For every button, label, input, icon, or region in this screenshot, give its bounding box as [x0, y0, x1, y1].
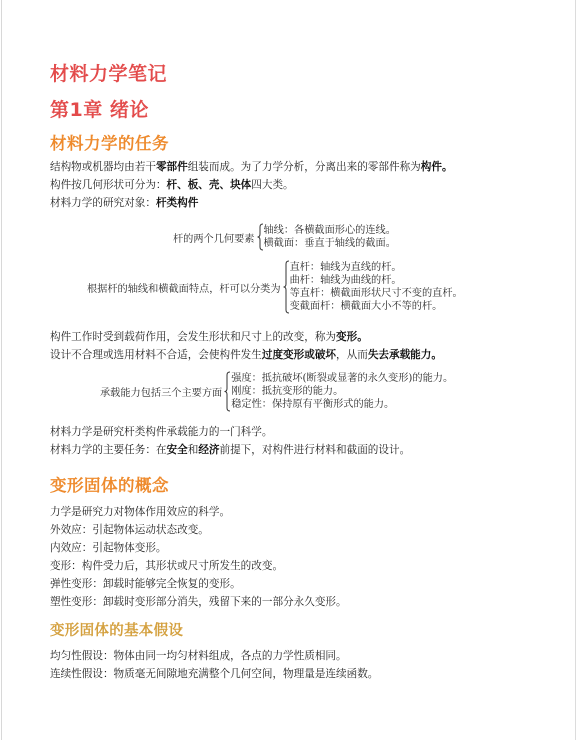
- paragraph: 材料力学是研究杆类构件承载能力的一门科学。: [50, 425, 272, 439]
- text-run: 四大类。: [251, 179, 293, 191]
- bold-text-run: 失去承载能力。: [368, 349, 442, 361]
- paragraph: 材料力学的研究对象：杆类构件: [50, 196, 198, 210]
- paragraph: 均匀性假设：物体由同一均匀材料组成，各点的力学性质相同。: [50, 649, 347, 663]
- brace-item: 变截面杆：横截面大小不等的杆。: [290, 300, 463, 313]
- bold-text-run: 经济: [198, 444, 219, 456]
- bold-text-run: 构件。: [421, 161, 453, 173]
- paragraph: 力学是研究力对物体作用效应的科学。: [50, 505, 230, 519]
- paragraph: 连续性假设：物质毫无间隙地充满整个几何空间，物理量是连续函数。: [50, 667, 378, 681]
- brace-group-geometric-elements: 杆的两个几何要素 轴线：各横截面形心的连线。 横截面：垂直于轴线的截面。: [173, 223, 396, 251]
- paragraph: 变形：构件受力后，其形状或尺寸所发生的改变。: [50, 559, 283, 573]
- text-run: 和: [188, 444, 199, 456]
- section-heading-deformable-solid: 变形固体的概念: [50, 472, 169, 496]
- text-run: 设计不合理或选用材料不合适，会使构件发生: [50, 349, 262, 361]
- brace-group-load-capacity: 承载能力包括三个主要方面 强度：抵抗破坏(断裂或显著的永久变形)的能力。 刚度：…: [100, 371, 453, 412]
- page-border-right: [575, 0, 576, 740]
- paragraph: 构件按几何形状可分为：杆、板、壳、块体四大类。: [50, 178, 294, 192]
- brace-item: 稳定性：保持原有平衡形式的能力。: [231, 398, 453, 411]
- section-heading-tasks: 材料力学的任务: [50, 130, 169, 154]
- text-run: 构件工作时受到载荷作用，会发生形状和尺寸上的改变，称为: [50, 331, 336, 343]
- subsection-heading-basic-assumptions: 变形固体的基本假设: [50, 619, 183, 640]
- paragraph: 外效应：引起物体运动状态改变。: [50, 523, 209, 537]
- paragraph: 构件工作时受到载荷作用，会发生形状和尺寸上的改变，称为变形。: [50, 330, 368, 344]
- brace-item: 直杆：轴线为直线的杆。: [290, 261, 463, 274]
- text-run: 材料力学的研究对象：: [50, 197, 156, 209]
- bold-text-run: 零部件: [156, 161, 188, 173]
- brace-label: 承载能力包括三个主要方面: [100, 384, 222, 399]
- brace-item: 刚度：抵抗变形的能力。: [231, 385, 453, 398]
- brace-item: 曲杆：轴线为曲线的杆。: [290, 274, 463, 287]
- page-border-left: [1, 0, 2, 740]
- text-run: ，从而: [336, 349, 368, 361]
- paragraph: 材料力学的主要任务：在安全和经济前提下，对构件进行材料和截面的设计。: [50, 443, 410, 457]
- text-run: 前提下，对构件进行材料和截面的设计。: [220, 444, 411, 456]
- brace-item: 等直杆：横截面形状尺寸不变的直杆。: [290, 287, 463, 300]
- paragraph: 塑性变形：卸载时变形部分消失，残留下来的一部分永久变形。: [50, 595, 347, 609]
- paragraph: 结构物或机器均由若干零部件组装而成。为了力学分析，分离出来的零部件称为构件。: [50, 160, 453, 174]
- document-title: 材料力学笔记: [50, 59, 167, 86]
- text-run: 组装而成。为了力学分析，分离出来的零部件称为: [188, 161, 421, 173]
- brace-item: 横截面：垂直于轴线的截面。: [264, 237, 396, 250]
- brace-item: 强度：抵抗破坏(断裂或显著的永久变形)的能力。: [231, 372, 453, 385]
- left-brace-icon: [257, 223, 264, 251]
- bold-text-run: 过度变形或破坏: [262, 349, 336, 361]
- text-run: 材料力学是研究杆类构件承载能力的一门科学。: [50, 426, 272, 438]
- left-brace-icon: [224, 371, 231, 412]
- bold-text-run: 杆类构件: [156, 197, 198, 209]
- text-run: 构件按几何形状可分为：: [50, 179, 167, 191]
- brace-label: 根据杆的轴线和横截面特点，杆可以分类为: [87, 280, 281, 295]
- brace-item: 轴线：各横截面形心的连线。: [264, 224, 396, 237]
- text-run: 结构物或机器均由若干: [50, 161, 156, 173]
- paragraph: 内效应：引起物体变形。: [50, 541, 167, 555]
- paragraph: 弹性变形：卸载时能够完全恢复的变形。: [50, 577, 241, 591]
- chapter-heading: 第1章 绪论: [50, 95, 149, 122]
- paragraph: 设计不合理或选用材料不合适，会使构件发生过度变形或破坏，从而失去承载能力。: [50, 348, 442, 362]
- bold-text-run: 杆、板、壳、块体: [167, 179, 252, 191]
- brace-label: 杆的两个几何要素: [173, 230, 255, 245]
- bold-text-run: 安全: [167, 444, 188, 456]
- text-run: 材料力学的主要任务：在: [50, 444, 167, 456]
- left-brace-icon: [283, 260, 290, 314]
- brace-group-bar-classification: 根据杆的轴线和横截面特点，杆可以分类为 直杆：轴线为直线的杆。 曲杆：轴线为曲线…: [87, 260, 463, 314]
- bold-text-run: 变形。: [336, 331, 368, 343]
